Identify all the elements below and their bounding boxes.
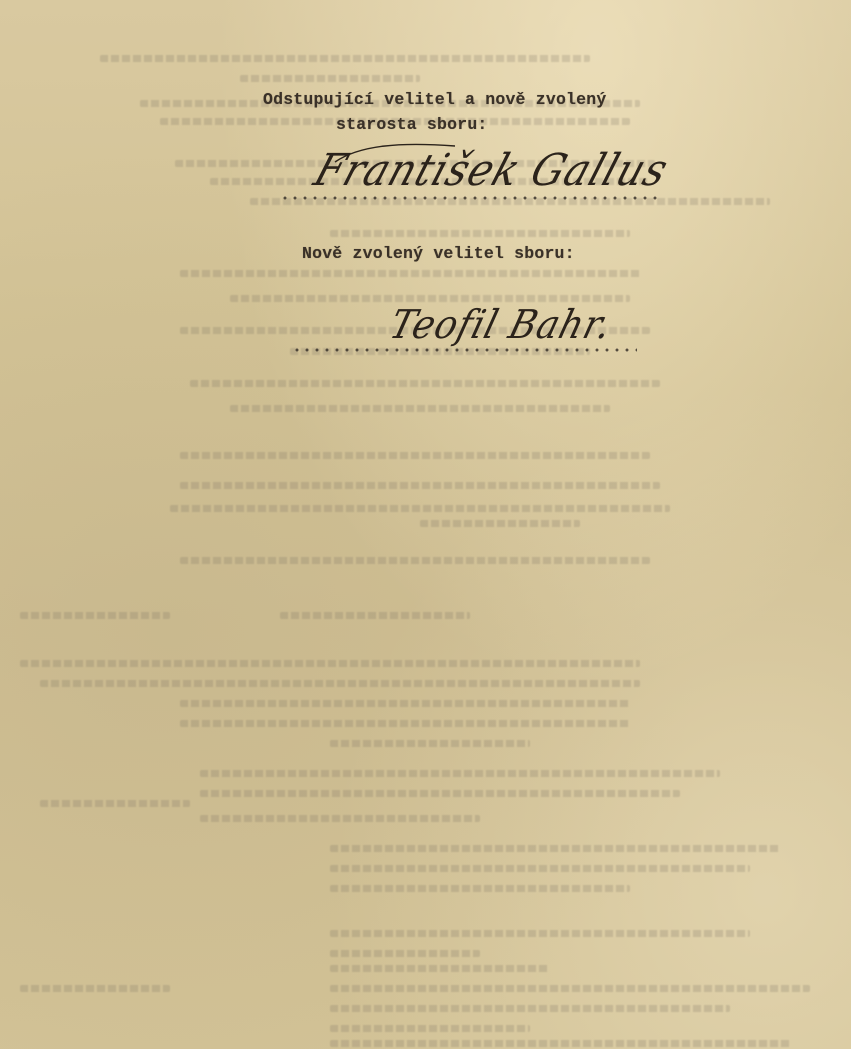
outgoing-commander-heading-line2: starosta sboru: bbox=[336, 115, 488, 134]
document-page: Odstupující velitel a nově zvolený staro… bbox=[0, 0, 851, 1049]
signature-teofil-bahr: Teofil Bahr. bbox=[385, 303, 617, 348]
signature-frantisek-gallus: František Gallus bbox=[308, 145, 675, 196]
new-commander-heading: Nově zvolený velitel sboru: bbox=[302, 244, 575, 263]
page-content: Odstupující velitel a nově zvolený staro… bbox=[0, 0, 851, 1049]
outgoing-commander-heading: Odstupující velitel a nově zvolený bbox=[263, 90, 606, 109]
signature-line-2 bbox=[292, 348, 637, 352]
signature-line-1 bbox=[280, 196, 660, 200]
